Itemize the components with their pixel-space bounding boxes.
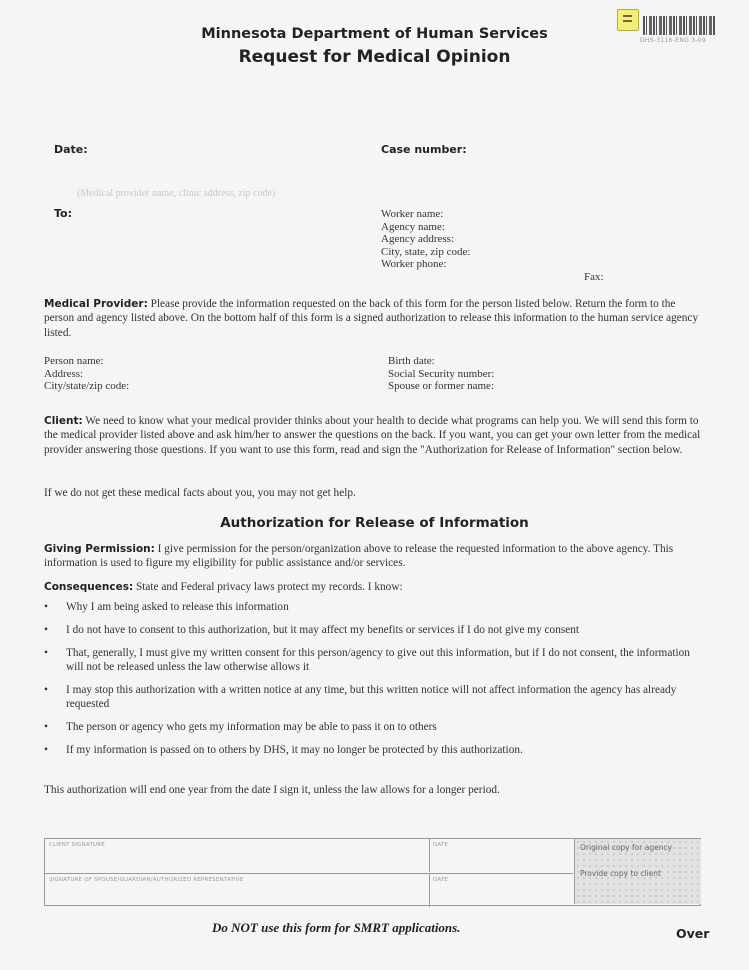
client-copy-note: Provide copy to client [580, 869, 661, 878]
form-number: DHS-3116-ENG 3-09 [640, 37, 706, 44]
worker-phone-label: Worker phone: [381, 258, 470, 271]
to-address-placeholder[interactable]: (Medical provider name, clinic address, … [77, 188, 275, 199]
agency-address-label: Agency address: [381, 233, 470, 246]
client-heading: Client: [44, 415, 83, 427]
ssn-label: Social Security number: [388, 368, 494, 381]
consequences-paragraph: Consequences: State and Federal privacy … [44, 580, 704, 594]
spouse-signature-date-field[interactable]: Date [429, 873, 573, 907]
giving-permission-paragraph: Giving Permission: I give permission for… [44, 542, 704, 571]
to-label: To: [54, 207, 72, 220]
medical-provider-paragraph: Medical Provider: Please provide the inf… [44, 297, 704, 340]
person-fields-right: Birth date: Social Security number: Spou… [388, 355, 494, 393]
client-signature-label: Client signature [49, 842, 105, 848]
smrt-warning: Do NOT use this form for SMRT applicatio… [212, 920, 460, 936]
date-label: Date: [54, 143, 88, 156]
spouse-former-name-label: Spouse or former name: [388, 380, 494, 393]
client-warning: If we do not get these medical facts abo… [44, 486, 704, 500]
giving-permission-heading: Giving Permission: [44, 543, 155, 555]
consequences-heading: Consequences: [44, 581, 133, 593]
address-label: Address: [44, 368, 129, 381]
birth-date-label: Birth date: [388, 355, 494, 368]
list-item: That, generally, I must give my written … [44, 646, 704, 674]
city-state-zip-label: City, state, zip code: [381, 246, 470, 259]
authorization-title: Authorization for Release of Information [0, 515, 749, 531]
person-fields-left: Person name: Address: City/state/zip cod… [44, 355, 129, 393]
fax-label: Fax: [584, 270, 604, 284]
spouse-signature-label: Signature of spouse/guardian/authorized … [49, 877, 244, 883]
authorization-expiry: This authorization will end one year fro… [44, 783, 704, 797]
copy-distribution-box: Original copy for agency Provide copy to… [574, 839, 701, 904]
agency-name-label: Agency name: [381, 221, 470, 234]
list-item: I do not have to consent to this authori… [44, 623, 704, 637]
consequences-text: State and Federal privacy laws protect m… [136, 581, 403, 593]
date-label: Date [433, 877, 448, 883]
client-signature-field[interactable]: Client signature [45, 839, 430, 872]
barcode-icon [643, 16, 715, 35]
list-item: Why I am being asked to release this inf… [44, 600, 704, 614]
city-state-zip-code-label: City/state/zip code: [44, 380, 129, 393]
sticky-note-icon[interactable] [617, 9, 639, 31]
over-indicator: Over [676, 926, 709, 941]
client-text: We need to know what your medical provid… [44, 415, 700, 456]
person-name-label: Person name: [44, 355, 129, 368]
client-paragraph: Client: We need to know what your medica… [44, 414, 704, 457]
medical-provider-heading: Medical Provider: [44, 298, 148, 310]
list-item: I may stop this authorization with a wri… [44, 683, 704, 711]
spouse-signature-field[interactable]: Signature of spouse/guardian/authorized … [45, 873, 430, 907]
case-number-label: Case number: [381, 143, 467, 156]
worker-fields: Worker name: Agency name: Agency address… [381, 208, 470, 271]
original-copy-note: Original copy for agency [580, 843, 672, 852]
consequences-list: Why I am being asked to release this inf… [44, 600, 704, 766]
form-title: Request for Medical Opinion [0, 47, 749, 67]
signature-table: Client signature Date Signature of spous… [44, 838, 701, 906]
list-item: The person or agency who gets my informa… [44, 720, 704, 734]
list-item: If my information is passed on to others… [44, 743, 704, 757]
date-label: Date [433, 842, 448, 848]
worker-name-label: Worker name: [381, 208, 470, 221]
client-signature-date-field[interactable]: Date [429, 839, 573, 872]
